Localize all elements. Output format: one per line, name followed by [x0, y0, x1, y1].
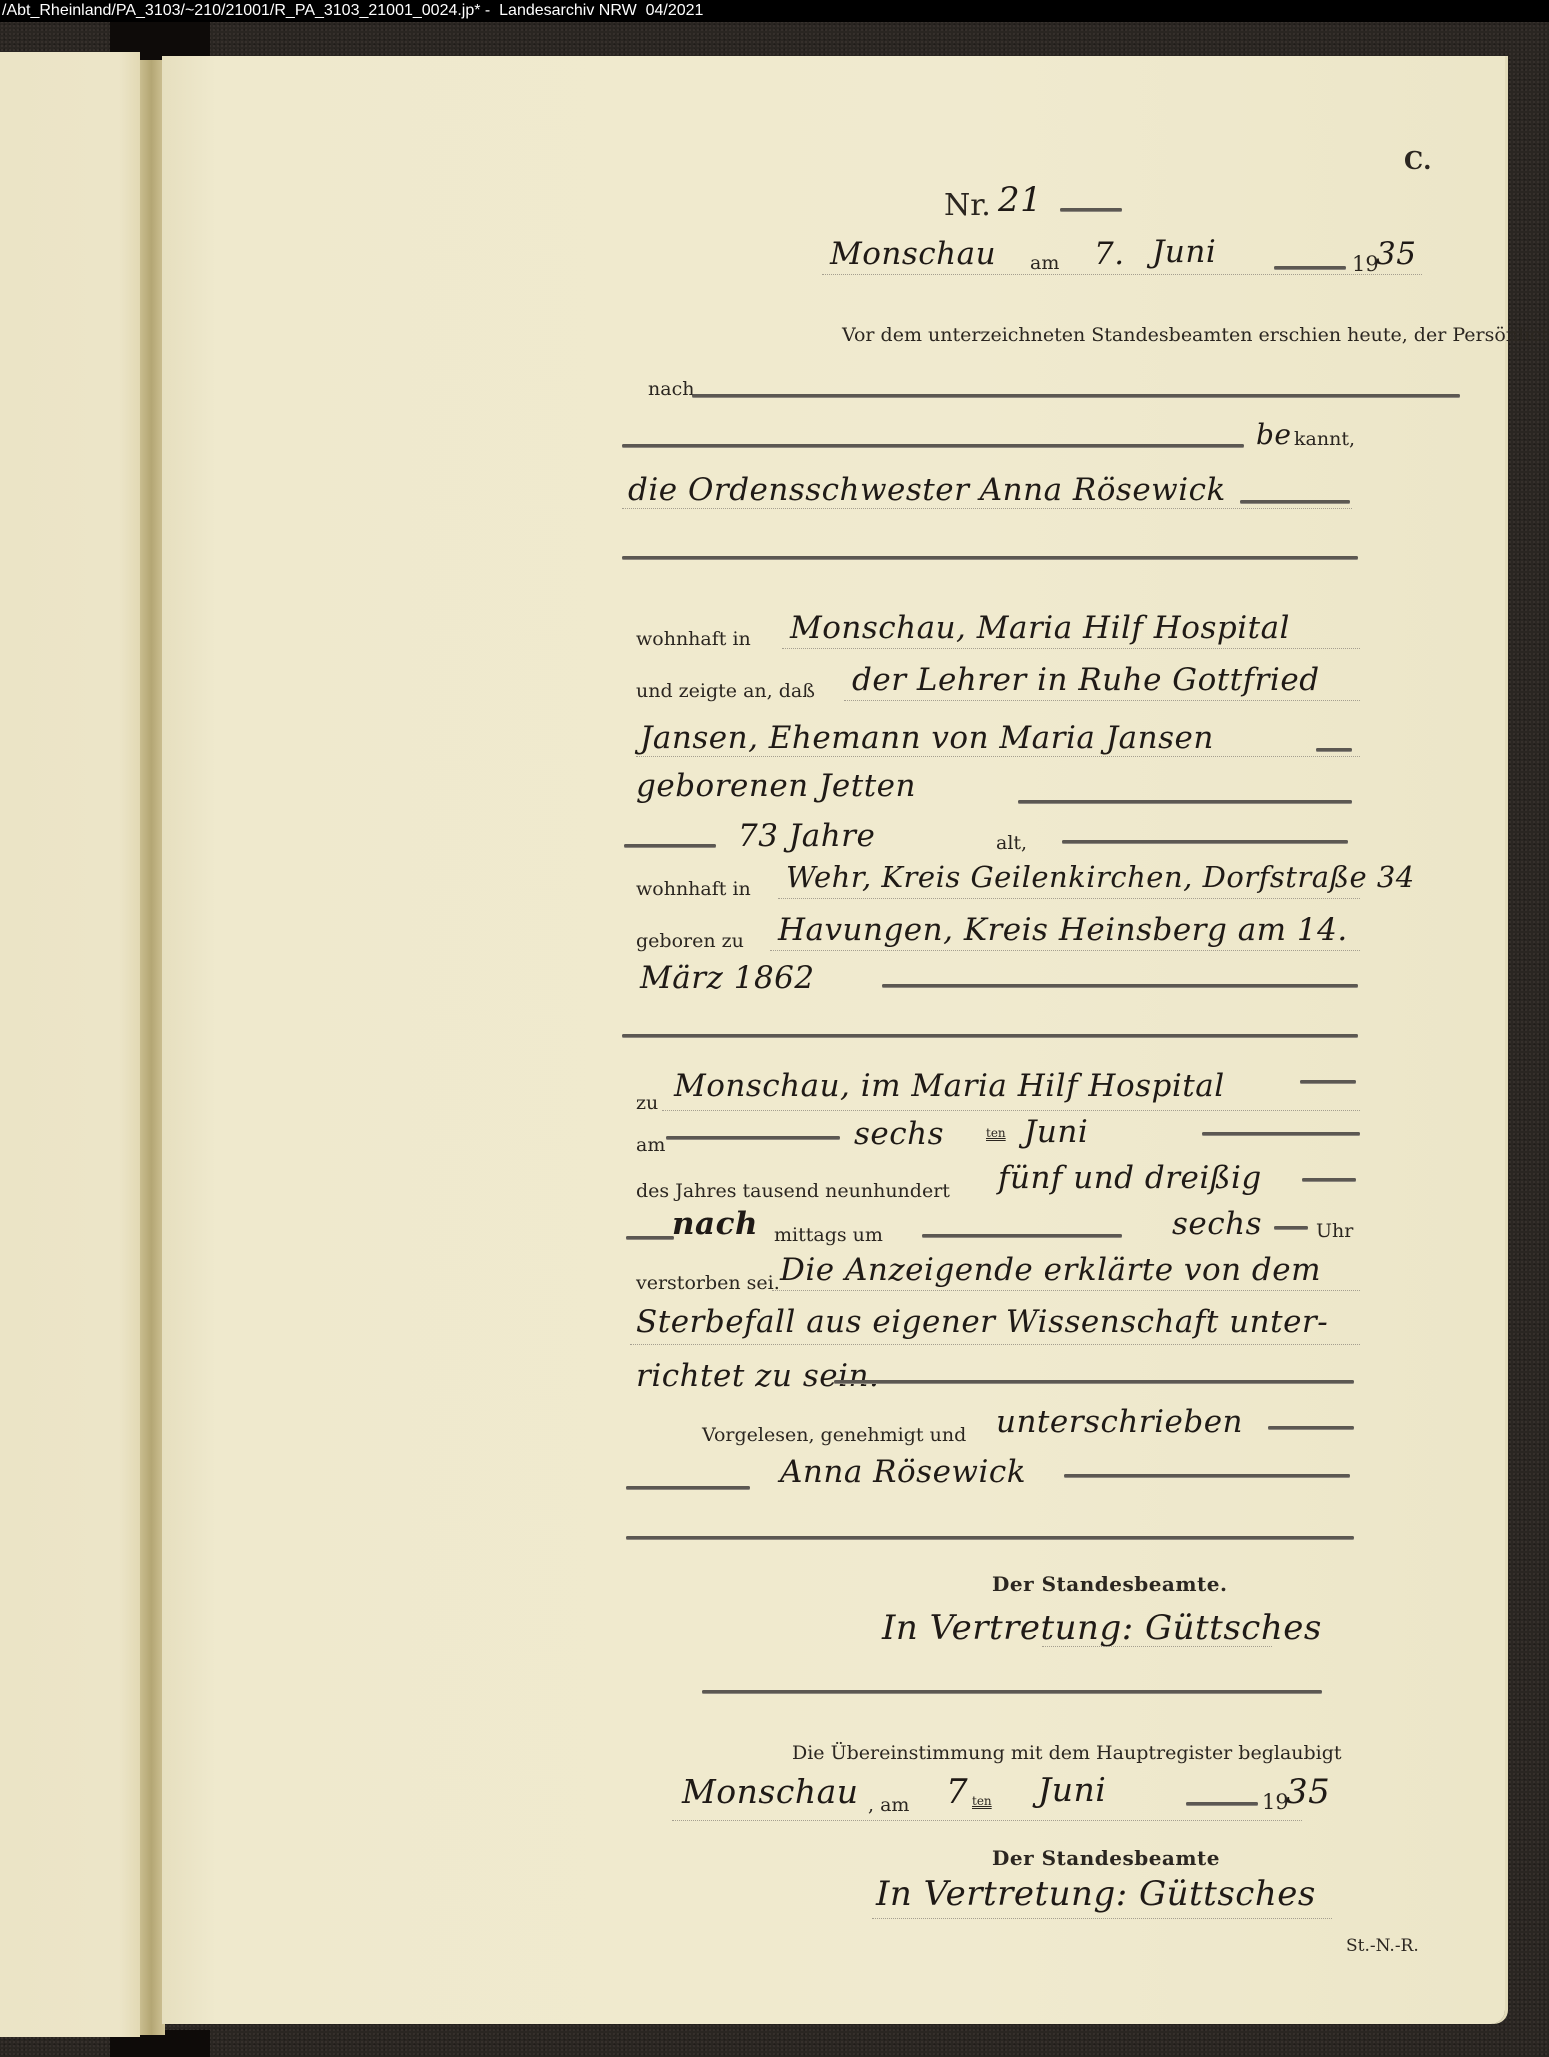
- fill-line: [834, 1380, 1354, 1383]
- vorgelesen-value: unterschrieben: [996, 1404, 1243, 1440]
- registrar-heading-certification: Der Standesbeamte: [992, 1846, 1220, 1870]
- certification-year-prefix: 19: [1262, 1790, 1289, 1814]
- fill-line: [622, 556, 1358, 559]
- alt-label: alt,: [996, 832, 1027, 854]
- fill-line: [626, 1536, 1354, 1539]
- fill-line: [1240, 500, 1350, 503]
- mittags-label: mittags um: [774, 1224, 883, 1246]
- dotted-guide: [772, 1290, 1360, 1291]
- bekannt-prefix: be: [1256, 418, 1292, 451]
- birth-line-2: März 1862: [640, 960, 815, 996]
- fill-line: [1316, 748, 1352, 751]
- vorgelesen-label: Vorgelesen, genehmigt und: [702, 1424, 966, 1446]
- uhr-label: Uhr: [1316, 1220, 1353, 1242]
- nach-label: nach: [648, 378, 694, 400]
- deceased-line-2: Jansen, Ehemann von Maria Jansen: [640, 720, 1214, 756]
- death-month: Juni: [1024, 1114, 1088, 1150]
- window-title-bar: /Abt_Rheinland/PA_3103/~210/21001/R_PA_3…: [0, 0, 1549, 22]
- fill-line: [622, 444, 1244, 447]
- fill-line: [882, 984, 1358, 987]
- death-date-am-label: am: [636, 1134, 665, 1156]
- entry-number-value: 21: [998, 180, 1042, 220]
- registrar-signature-certification: In Vertretung: Güttsches: [876, 1874, 1316, 1914]
- deceased-age: 73 Jahre: [738, 818, 875, 854]
- dotted-guide: [822, 274, 1422, 275]
- certification-day: 7: [946, 1772, 968, 1812]
- certification-text: Die Übereinstimmung mit dem Hauptregiste…: [792, 1742, 1342, 1764]
- remark-line-2: Sterbefall aus eigener Wissenschaft unte…: [636, 1304, 1328, 1340]
- date-am-label: am: [1030, 252, 1059, 274]
- birthplace-label: geboren zu: [636, 930, 744, 952]
- informant-name: die Ordensschwester Anna Rösewick: [628, 472, 1226, 508]
- corner-mark: C.: [1404, 146, 1432, 175]
- fill-line: [1274, 266, 1346, 269]
- nach-vor-mittags: nach: [672, 1206, 758, 1242]
- deceased-residence-label: wohnhaft in: [636, 878, 751, 900]
- registration-month: Juni: [1152, 234, 1216, 270]
- remark-line-3: richtet zu sein.: [636, 1358, 879, 1394]
- fill-line: [1300, 1080, 1356, 1083]
- verstorben-label: verstorben sei.: [636, 1272, 780, 1294]
- left-page: [0, 52, 140, 2037]
- fill-line: [1202, 1132, 1360, 1135]
- certification-year: 35: [1286, 1772, 1330, 1812]
- dotted-guide: [636, 756, 1360, 757]
- fill-line: [1274, 1226, 1308, 1229]
- dotted-guide: [872, 1918, 1332, 1919]
- certification-ordinal: ten: [972, 1794, 992, 1808]
- death-year-words: fünf und dreißig: [998, 1160, 1262, 1196]
- form-code: St.-N.-R.: [1346, 1936, 1419, 1956]
- death-place: Monschau, im Maria Hilf Hospital: [674, 1068, 1225, 1104]
- intro-text: Vor dem unterzeichneten Standesbeamten e…: [842, 324, 1549, 346]
- dotted-guide: [622, 508, 1352, 509]
- dotted-guide: [770, 950, 1360, 951]
- dotted-guide: [844, 700, 1360, 701]
- fill-line: [624, 844, 716, 847]
- fill-line: [626, 1486, 750, 1489]
- remark-line-1: Die Anzeigende erklärte von dem: [780, 1252, 1321, 1288]
- fill-line: [626, 1236, 674, 1239]
- registration-place: Monschau: [830, 236, 996, 272]
- death-place-label: zu: [636, 1092, 658, 1114]
- registration-day: 7.: [1094, 236, 1125, 272]
- fill-line: [1186, 1802, 1258, 1805]
- dotted-guide: [672, 1820, 1302, 1821]
- fill-line: [1018, 800, 1352, 803]
- dotted-guide: [630, 1344, 1360, 1345]
- register-page: C. Nr. 21 Monschau am 7. Juni 19 35 Vor …: [162, 56, 1505, 2024]
- fill-line: [1064, 1474, 1350, 1477]
- fill-line: [622, 1034, 1358, 1037]
- dotted-guide: [782, 648, 1360, 649]
- registrar-heading: Der Standesbeamte.: [992, 1572, 1227, 1596]
- informant-residence-label: wohnhaft in: [636, 628, 751, 650]
- death-day: sechs: [854, 1116, 944, 1152]
- registration-year: 35: [1376, 236, 1416, 272]
- fill-line: [692, 394, 1460, 397]
- fill-line: [1302, 1178, 1356, 1181]
- informant-signature: Anna Rösewick: [780, 1454, 1026, 1490]
- certification-am-label: , am: [868, 1794, 909, 1816]
- fill-line: [1062, 840, 1348, 843]
- informant-residence: Monschau, Maria Hilf Hospital: [790, 610, 1290, 646]
- certification-month: Juni: [1038, 1770, 1106, 1809]
- dotted-guide: [662, 1110, 1360, 1111]
- death-hour: sechs: [1172, 1206, 1262, 1242]
- deceased-residence: Wehr, Kreis Geilenkirchen, Dorfstraße 34: [786, 860, 1415, 894]
- dotted-guide: [1042, 1646, 1272, 1647]
- bekannt-label: kannt,: [1294, 428, 1355, 450]
- fill-line: [1268, 1426, 1354, 1429]
- year-prefix: 19: [1352, 252, 1379, 276]
- fill-line: [922, 1234, 1122, 1237]
- ordinal-suffix: ten: [986, 1126, 1006, 1140]
- announcement-label: und zeigte an, daß: [636, 680, 815, 702]
- birth-line-1: Havungen, Kreis Heinsberg am 14.: [778, 912, 1348, 948]
- registrar-signature: In Vertretung: Güttsches: [882, 1608, 1322, 1648]
- death-year-label: des Jahres tausend neunhundert: [636, 1180, 950, 1202]
- entry-number-label: Nr.: [944, 188, 991, 223]
- fill-line: [666, 1136, 840, 1139]
- dotted-guide: [778, 898, 1360, 899]
- deceased-line-1: der Lehrer in Ruhe Gottfried: [852, 662, 1320, 698]
- fill-line: [1060, 208, 1122, 211]
- deceased-line-3: geborenen Jetten: [636, 768, 916, 804]
- certification-place: Monschau: [682, 1772, 859, 1811]
- fill-line: [702, 1690, 1322, 1693]
